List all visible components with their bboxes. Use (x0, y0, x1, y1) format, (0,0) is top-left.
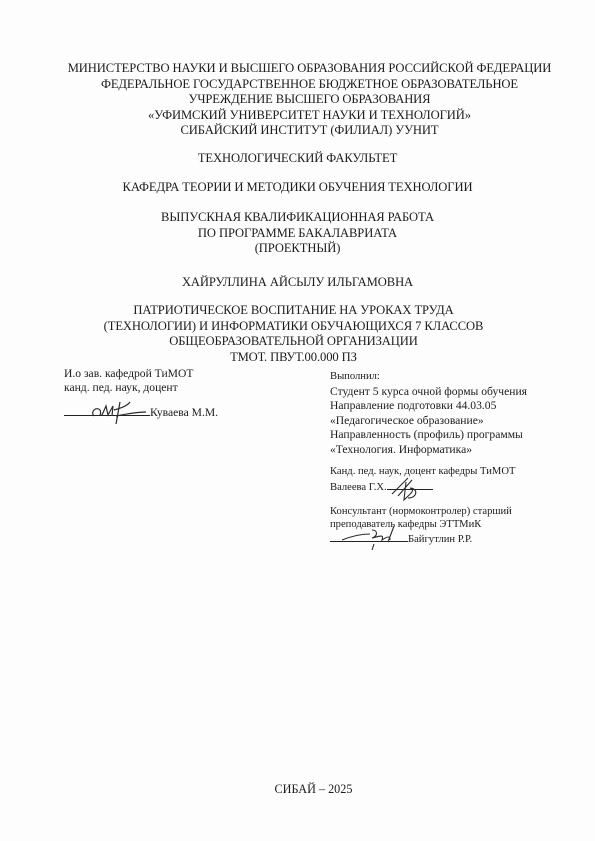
performer-line: Студент 5 курса очной формы обучения (330, 385, 527, 400)
performer-line: «Технология. Информатика» (330, 443, 527, 458)
ministry-line: ФЕДЕРАЛЬНОЕ ГОСУДАРСТВЕННОЕ БЮДЖЕТНОЕ ОБ… (12, 77, 595, 93)
city-year: СИБАЙ – 2025 (0, 782, 595, 797)
performer-line: «Педагогическое образование» (330, 414, 527, 429)
ministry-line: СИБАЙСКИЙ ИНСТИТУТ (ФИЛИАЛ) УУНИТ (12, 123, 595, 139)
title-line: ОБЩЕОБРАЗОВАТЕЛЬНОЙ ОРГАНИЗАЦИИ (0, 334, 591, 350)
performer-block: Выполнил: Студент 5 курса очной формы об… (330, 370, 527, 458)
head-degree: канд. пед. наук, доцент (64, 381, 193, 395)
performer-line: Направленность (профиль) программы (330, 428, 527, 443)
author-name: ХАЙРУЛЛИНА АЙСЫЛУ ИЛЬГАМОВНА (0, 275, 595, 291)
title-page: МИНИСТЕРСТВО НАУКИ И ВЫСШЕГО ОБРАЗОВАНИЯ… (0, 0, 595, 841)
head-name: Куваева М.М. (150, 406, 218, 419)
supervisor-name: Валеева Г.Х. (330, 482, 387, 493)
signature-mark (338, 522, 418, 552)
performer-label: Выполнил: (330, 370, 527, 385)
ministry-header: МИНИСТЕРСТВО НАУКИ И ВЫСШЕГО ОБРАЗОВАНИЯ… (12, 61, 595, 139)
ministry-line: УЧРЕЖДЕНИЕ ВЫСШЕГО ОБРАЗОВАНИЯ (12, 92, 595, 108)
faculty-name: ТЕХНОЛОГИЧЕСКИЙ ФАКУЛЬТЕТ (0, 151, 595, 167)
signature-mark (86, 396, 156, 430)
department-name: КАФЕДРА ТЕОРИИ И МЕТОДИКИ ОБУЧЕНИЯ ТЕХНО… (0, 180, 595, 196)
title-line: (ТЕХНОЛОГИИ) И ИНФОРМАТИКИ ОБУЧАЮЩИХСЯ 7… (0, 319, 591, 335)
signature-mark (388, 474, 428, 504)
ministry-line: «УФИМСКИЙ УНИВЕРСИТЕТ НАУКИ И ТЕХНОЛОГИЙ… (12, 108, 595, 124)
work-type-line: ПО ПРОГРАММЕ БАКАЛАВРИАТА (0, 226, 595, 242)
ministry-line: МИНИСТЕРСТВО НАУКИ И ВЫСШЕГО ОБРАЗОВАНИЯ… (12, 61, 595, 77)
performer-line: Направление подготовки 44.03.05 (330, 399, 527, 414)
work-type-line: (ПРОЕКТНЫЙ) (0, 241, 595, 257)
head-position: И.о зав. кафедрой ТиМОТ (64, 367, 193, 381)
document-code: ТМОТ. ПВУТ.00.000 ПЗ (0, 350, 591, 366)
title-line: ПАТРИОТИЧЕСКОЕ ВОСПИТАНИЕ НА УРОКАХ ТРУД… (0, 303, 591, 319)
consultant-position: Консультант (нормоконтролер) старший (330, 506, 512, 519)
head-of-department: И.о зав. кафедрой ТиМОТ канд. пед. наук,… (64, 367, 193, 396)
thesis-title: ПАТРИОТИЧЕСКОЕ ВОСПИТАНИЕ НА УРОКАХ ТРУД… (0, 303, 591, 365)
work-type-line: ВЫПУСКНАЯ КВАЛИФИКАЦИОННАЯ РАБОТА (0, 210, 595, 226)
work-type: ВЫПУСКНАЯ КВАЛИФИКАЦИОННАЯ РАБОТА ПО ПРО… (0, 210, 595, 257)
